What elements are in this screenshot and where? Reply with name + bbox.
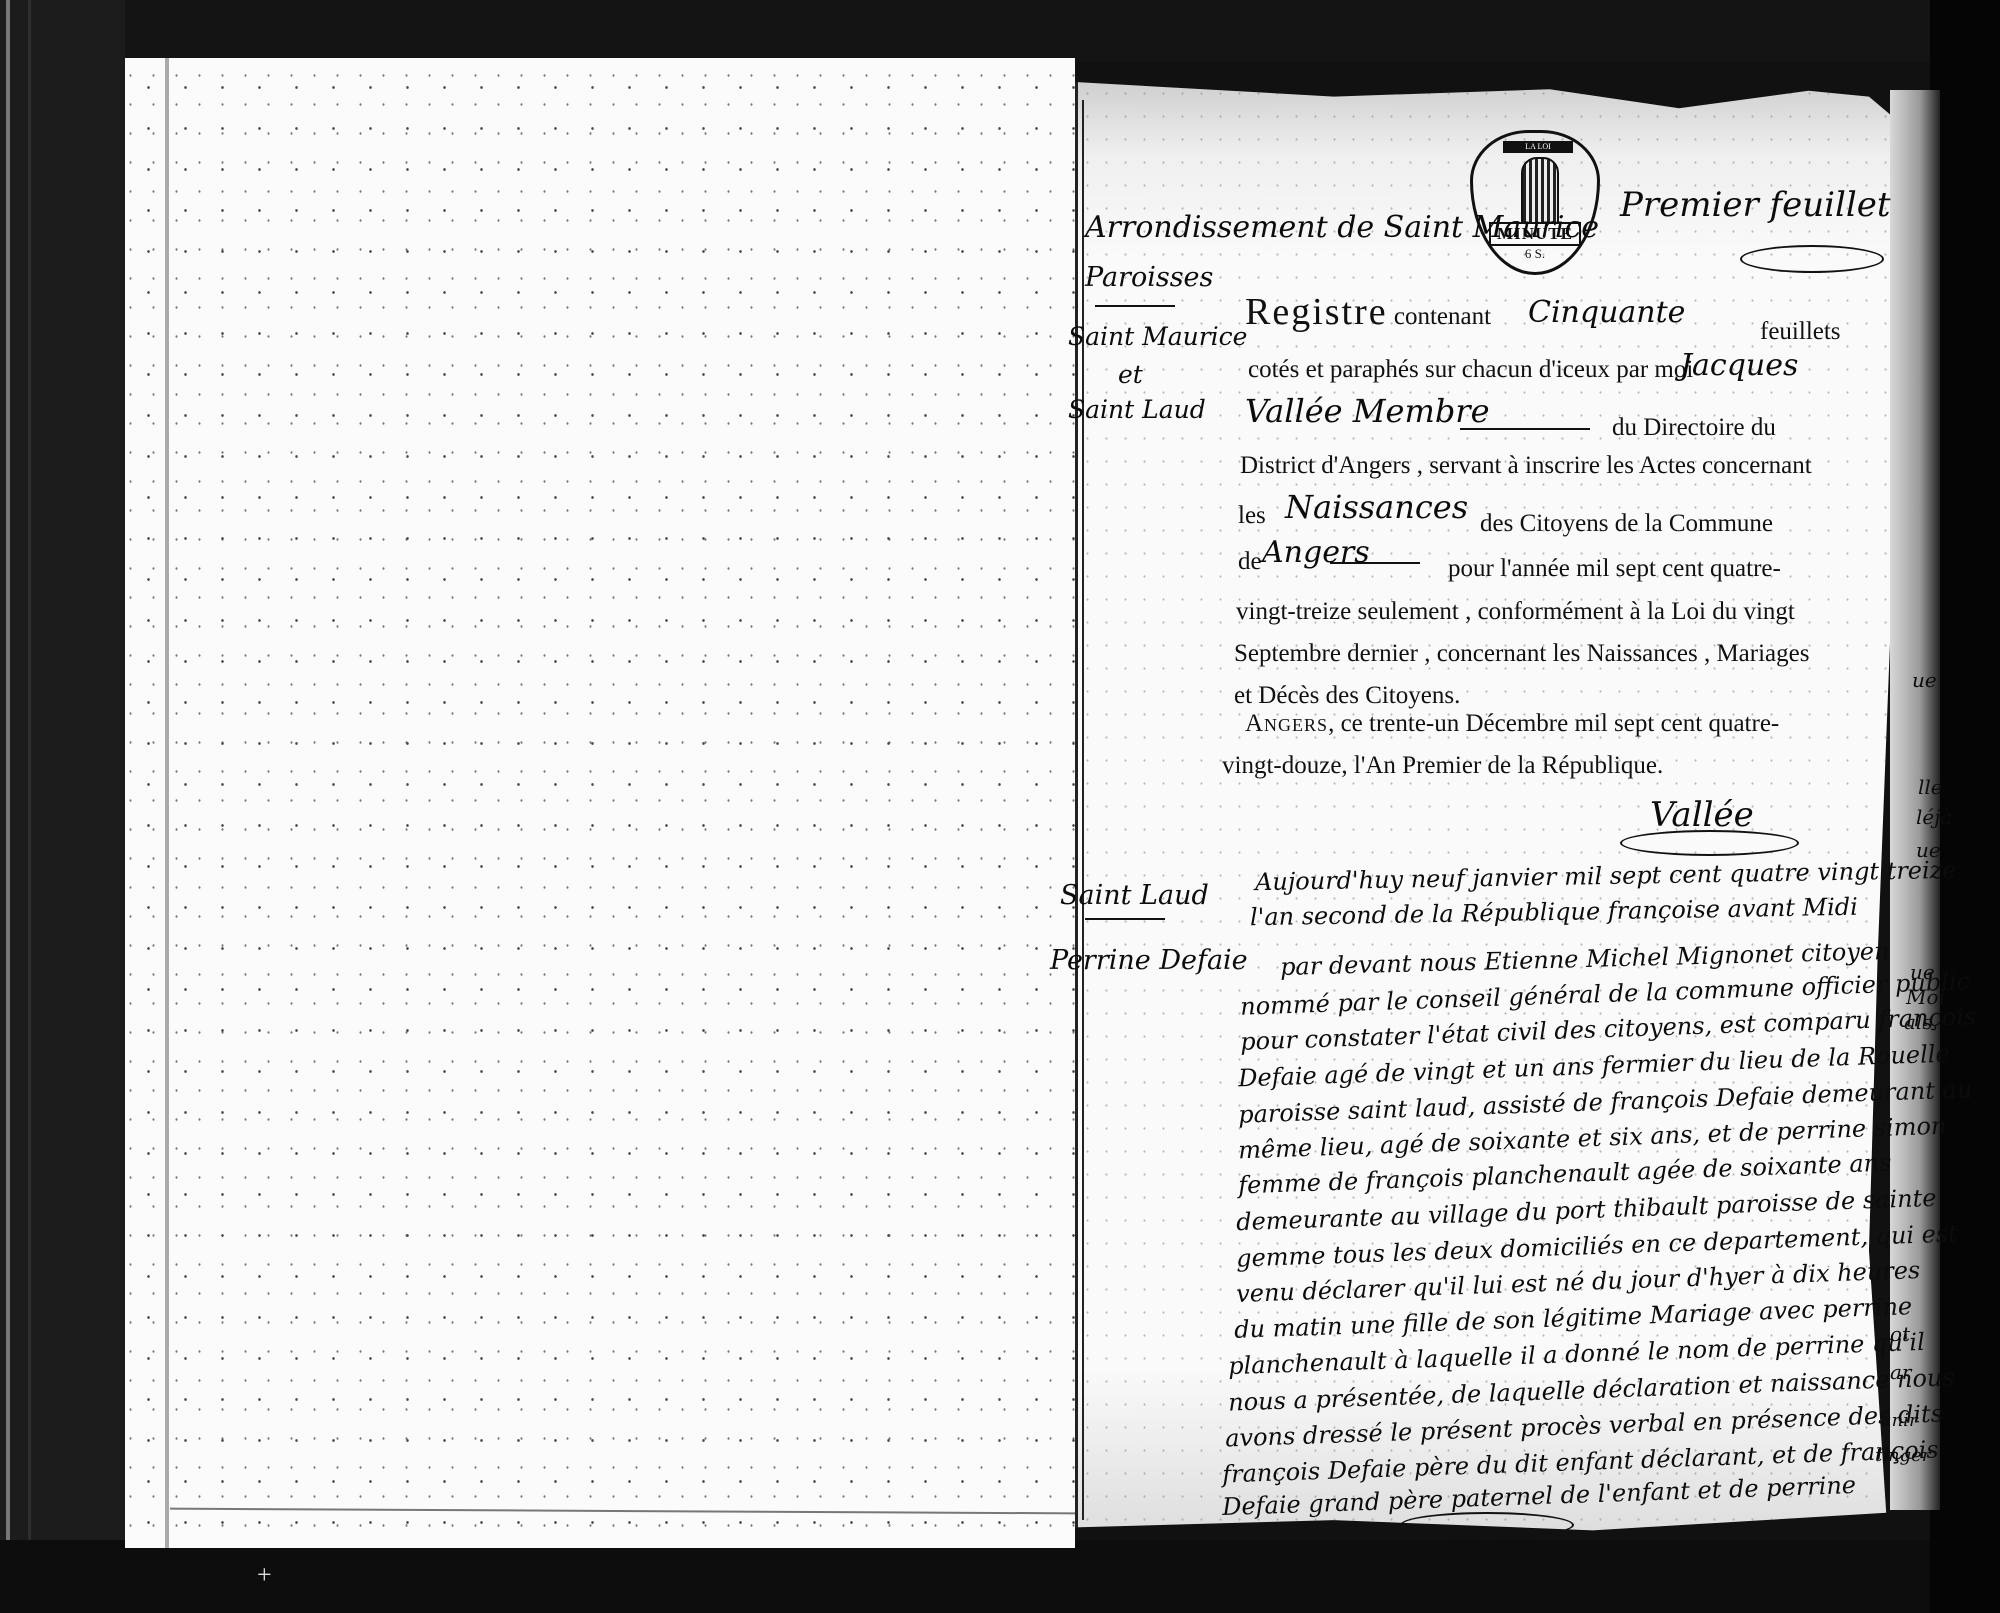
- form-line-6a: de: [1238, 548, 1262, 576]
- entry-parish-underline: [1085, 918, 1165, 920]
- margin-parish-2: Saint Laud: [1068, 395, 1206, 424]
- stamp-price: 6 S.: [1525, 246, 1545, 262]
- form-line-2: cotés et paraphés sur chacun d'iceux par…: [1248, 356, 1693, 384]
- form-line-3: du Directoire du: [1612, 414, 1776, 442]
- scan-border-left: [0, 0, 125, 1613]
- stamp-band-text: LA LOI: [1503, 141, 1573, 153]
- edge-fragment: als: [1904, 1010, 1933, 1034]
- form-line-6b: pour l'année mil sept cent quatre-: [1448, 555, 1781, 583]
- dateline-1: Angers, ce trente-un Décembre mil sept c…: [1245, 710, 1779, 738]
- form-line-7: vingt-treize seulement , conformément à …: [1236, 598, 1795, 626]
- fill-first-name: Jacques: [1680, 348, 1798, 383]
- dateline-city: Angers: [1245, 710, 1328, 737]
- dateline-2: vingt-douze, l'An Premier de la Républiq…: [1222, 752, 1663, 780]
- register-title: Registre: [1245, 291, 1388, 333]
- edge-fragment: ar: [1890, 1360, 1911, 1384]
- fill-official-name: Vallée Membre: [1245, 392, 1490, 430]
- corner-cross-mark: +: [257, 1560, 272, 1590]
- margin-rule: [1082, 100, 1084, 1520]
- form-text: contenant: [1394, 303, 1491, 330]
- edge-fragment: ue: [1912, 668, 1937, 692]
- form-line-9: et Décès des Citoyens.: [1234, 682, 1460, 710]
- margin-parishes-label: Paroisses: [1085, 262, 1213, 293]
- fill-act-type: Naissances: [1285, 488, 1468, 526]
- closing-flourish: [1400, 1512, 1574, 1538]
- margin-parish-1: Saint Maurice: [1068, 322, 1247, 351]
- entry-margin-parish: Saint Laud: [1060, 880, 1209, 911]
- edge-fragment: Moi: [1906, 985, 1945, 1009]
- film-strip-edge: [6, 0, 10, 1613]
- edge-fragment: ue: [1910, 960, 1935, 984]
- form-text-feuillets: feuillets: [1760, 318, 1841, 346]
- entry-margin-name: Perrine Defaie: [1050, 945, 1248, 976]
- film-strip-edge-inner: [28, 0, 31, 1613]
- sheet-label-flourish: [1740, 245, 1884, 273]
- edge-fragment: tinger: [1875, 1445, 1930, 1466]
- form-line-1: Registre contenant: [1245, 290, 1491, 334]
- scan-border-top: [0, 0, 2000, 62]
- arrondissement-heading: Arrondissement de Saint Maurice: [1085, 210, 1599, 245]
- form-line-8: Septembre dernier , concernant les Naiss…: [1234, 640, 1809, 668]
- edge-fragment: lle: [1918, 775, 1943, 799]
- form-line-5a: les: [1238, 502, 1266, 530]
- margin-conjunction: et: [1118, 360, 1143, 389]
- edge-fragment: unir: [1880, 1410, 1918, 1431]
- official-signature: Vallée: [1650, 795, 1754, 835]
- dateline-text: , ce trente-un Décembre mil sept cent qu…: [1328, 710, 1779, 737]
- scan-border-bottom: [0, 1540, 2000, 1613]
- fill-commune: Angers: [1262, 535, 1370, 570]
- form-line-4: District d'Angers , servant à inscrire l…: [1240, 452, 1812, 480]
- page-bottom-edge: [170, 1508, 1075, 1515]
- page-fold-line: [165, 58, 169, 1548]
- edge-fragment: léjà: [1916, 805, 1952, 829]
- left-page-blank: [125, 58, 1075, 1548]
- form-line-5b: des Citoyens de la Commune: [1480, 510, 1773, 538]
- parishes-underline: [1095, 305, 1175, 307]
- fill-underline: [1460, 428, 1590, 430]
- edge-fragment: ot: [1890, 1322, 1910, 1346]
- sheet-label: Premier feuillet: [1620, 185, 1891, 225]
- commune-underline: [1330, 562, 1420, 564]
- fill-sheet-count: Cinquante: [1528, 295, 1685, 330]
- edge-fragment: ue: [1916, 838, 1941, 862]
- signature-flourish: [1620, 830, 1799, 856]
